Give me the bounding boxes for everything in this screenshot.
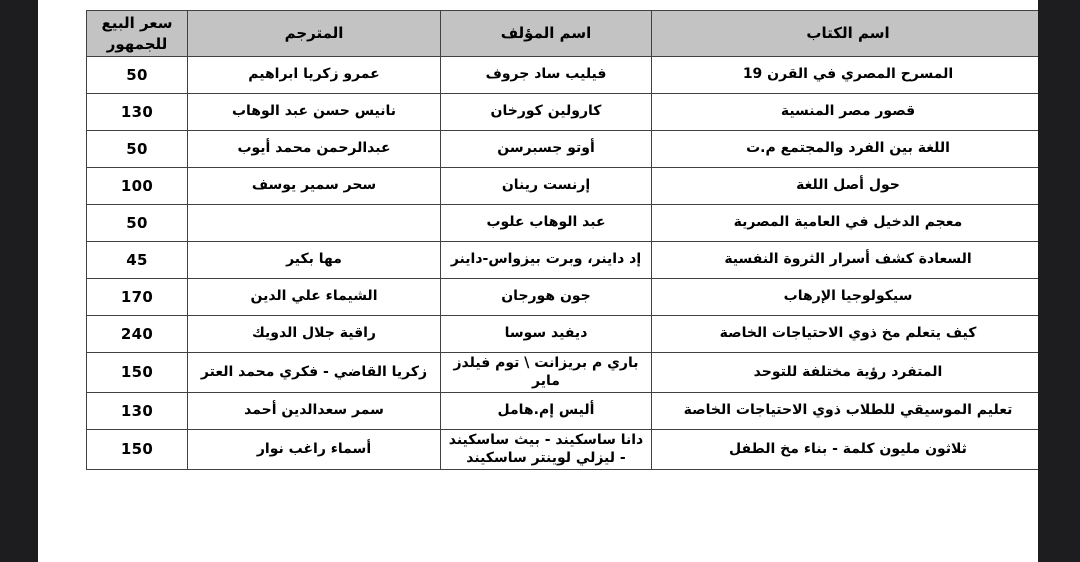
- column-header-book-name: اسم الكتاب: [652, 11, 1039, 57]
- translator-cell: [188, 205, 441, 242]
- book-name-cell: سيكولوجيا الإرهاب: [652, 279, 1039, 316]
- price-cell: 50: [87, 57, 188, 94]
- document-page: اسم الكتاب اسم المؤلف المترجم سعر البيع …: [38, 0, 1038, 562]
- author-name-cell: أليس إم.هامل: [441, 393, 652, 430]
- price-cell: 50: [87, 205, 188, 242]
- table-row: معجم الدخيل في العامية المصرية عبد الوها…: [87, 205, 1039, 242]
- table-row: المتفرد رؤية مختلفة للتوحد باري م بريزان…: [87, 353, 1039, 393]
- author-name-cell: جون هورجان: [441, 279, 652, 316]
- left-dark-margin: [0, 0, 38, 562]
- viewer-canvas: { "page": { "background": "#1e1e1e", "pa…: [0, 0, 1080, 562]
- table-row: ثلاثون مليون كلمة - بناء مخ الطفل دانا س…: [87, 430, 1039, 470]
- price-cell: 150: [87, 353, 188, 393]
- price-cell: 240: [87, 316, 188, 353]
- author-name-cell: دانا ساسكيند - بيث ساسكيند - ليزلي لوينت…: [441, 430, 652, 470]
- column-header-author-name: اسم المؤلف: [441, 11, 652, 57]
- book-name-cell: المتفرد رؤية مختلفة للتوحد: [652, 353, 1039, 393]
- book-name-cell: حول أصل اللغة: [652, 168, 1039, 205]
- column-header-public-sale-price: سعر البيع للجمهور: [87, 11, 188, 57]
- table-row: المسرح المصري في القرن 19 فيليب ساد جروف…: [87, 57, 1039, 94]
- book-name-cell: ثلاثون مليون كلمة - بناء مخ الطفل: [652, 430, 1039, 470]
- table-row: السعادة كشف أسرار الثروة النفسية إد داين…: [87, 242, 1039, 279]
- book-name-cell: اللغة بين الفرد والمجتمع م.ت: [652, 131, 1039, 168]
- price-cell: 130: [87, 94, 188, 131]
- table-row: اللغة بين الفرد والمجتمع م.ت أوتو جسبرسن…: [87, 131, 1039, 168]
- book-name-cell: تعليم الموسيقي للطلاب ذوي الاحتياجات الخ…: [652, 393, 1039, 430]
- author-name-cell: إرنست رينان: [441, 168, 652, 205]
- books-table: اسم الكتاب اسم المؤلف المترجم سعر البيع …: [86, 10, 1038, 470]
- translator-cell: عبدالرحمن محمد أيوب: [188, 131, 441, 168]
- price-cell: 150: [87, 430, 188, 470]
- column-header-translator: المترجم: [188, 11, 441, 57]
- translator-cell: راقية جلال الدويك: [188, 316, 441, 353]
- translator-cell: عمرو زكريا ابراهيم: [188, 57, 441, 94]
- book-name-cell: السعادة كشف أسرار الثروة النفسية: [652, 242, 1039, 279]
- book-name-cell: كيف يتعلم مخ ذوي الاحتياجات الخاصة: [652, 316, 1039, 353]
- table-row: تعليم الموسيقي للطلاب ذوي الاحتياجات الخ…: [87, 393, 1039, 430]
- author-name-cell: إد داينر، وبرت بيزواس-داينر: [441, 242, 652, 279]
- author-name-cell: عبد الوهاب علوب: [441, 205, 652, 242]
- table-row: كيف يتعلم مخ ذوي الاحتياجات الخاصة ديفيد…: [87, 316, 1039, 353]
- translator-cell: سمر سعدالدين أحمد: [188, 393, 441, 430]
- table-row: حول أصل اللغة إرنست رينان سحر سمير يوسف …: [87, 168, 1039, 205]
- author-name-cell: أوتو جسبرسن: [441, 131, 652, 168]
- price-cell: 45: [87, 242, 188, 279]
- right-dark-margin: [1038, 0, 1080, 562]
- translator-cell: زكريا القاضي - فكري محمد العتر: [188, 353, 441, 393]
- translator-cell: الشيماء علي الدين: [188, 279, 441, 316]
- books-table-body: المسرح المصري في القرن 19 فيليب ساد جروف…: [87, 57, 1039, 470]
- translator-cell: سحر سمير يوسف: [188, 168, 441, 205]
- price-cell: 100: [87, 168, 188, 205]
- translator-cell: أسماء راغب نوار: [188, 430, 441, 470]
- author-name-cell: فيليب ساد جروف: [441, 57, 652, 94]
- table-row: سيكولوجيا الإرهاب جون هورجان الشيماء علي…: [87, 279, 1039, 316]
- table-row: قصور مصر المنسية كارولين كورخان نانيس حس…: [87, 94, 1039, 131]
- book-name-cell: قصور مصر المنسية: [652, 94, 1039, 131]
- author-name-cell: باري م بريزانت \ توم فيلدز ماير: [441, 353, 652, 393]
- translator-cell: نانيس حسن عبد الوهاب: [188, 94, 441, 131]
- book-name-cell: معجم الدخيل في العامية المصرية: [652, 205, 1039, 242]
- translator-cell: مها بكير: [188, 242, 441, 279]
- table-header-row: اسم الكتاب اسم المؤلف المترجم سعر البيع …: [87, 11, 1039, 57]
- author-name-cell: كارولين كورخان: [441, 94, 652, 131]
- book-name-cell: المسرح المصري في القرن 19: [652, 57, 1039, 94]
- author-name-cell: ديفيد سوسا: [441, 316, 652, 353]
- price-cell: 50: [87, 131, 188, 168]
- price-cell: 130: [87, 393, 188, 430]
- price-cell: 170: [87, 279, 188, 316]
